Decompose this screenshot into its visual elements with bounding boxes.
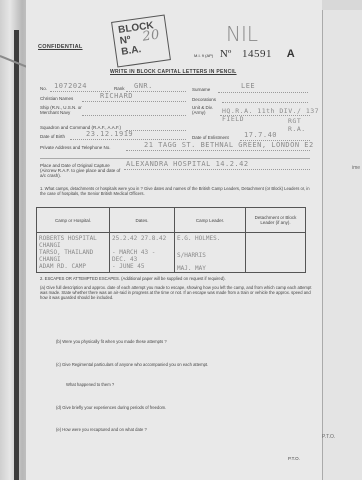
cell-dates: - JUNE 45 <box>110 263 175 273</box>
form-page: CONFIDENTIAL BLOCK Nº B.A. 20 NIL M.I. 9… <box>26 0 322 480</box>
cell-block <box>246 263 306 273</box>
section2-heading: 2. ESCAPES OR ATTEMPTED ESCAPES. (Additi… <box>40 276 312 281</box>
dob-line <box>70 139 186 140</box>
stamp-handwritten: 20 <box>142 29 161 42</box>
address-value: 21 TAGG ST. BETHNAL GREEN, LONDON E2 <box>144 141 314 149</box>
ship-label: Ship (R.N., U.S.N. or Merchant Navy <box>40 105 85 115</box>
form-ref: M.I. 9 (AP) <box>194 53 213 58</box>
dob-value: 23.12.1919 <box>86 130 133 138</box>
cell-leader: MAJ. MAY <box>175 263 246 273</box>
form-number: M.I. 9 (AP) Nº 14591 A <box>194 48 295 60</box>
header-camp: Camp or Hospital. <box>37 208 110 233</box>
address-line <box>126 150 310 151</box>
cell-dates: 25.2.42 27.8.42 <box>110 233 175 250</box>
no-label: No. <box>40 86 47 91</box>
divider <box>40 158 310 159</box>
question-2c: (c) Give Regimental particulars of anyon… <box>56 362 208 367</box>
nil-annotation: NIL <box>226 22 258 46</box>
decorations-label: Decorations <box>192 97 216 102</box>
question-2c-followup: What happened to them ? <box>66 382 114 387</box>
question-2d: (d) Give briefly your experiences during… <box>56 405 166 410</box>
table-row: ADAM RD. CAMP - JUNE 45 MAJ. MAY <box>37 263 306 273</box>
header-block-leader: Detachment or Block Leader (if any). <box>246 208 306 233</box>
pto-label: P.T.O. <box>288 456 300 461</box>
back-pto: P.T.O. <box>322 434 335 440</box>
unit-value-2: RGT R.A. <box>288 117 322 133</box>
form-number-prefix: Nº <box>220 48 231 60</box>
squadron-line <box>126 130 186 131</box>
decorations-line <box>222 102 308 103</box>
unit-label: Unit & Div. (Army) <box>192 105 222 115</box>
capture-label: Place and Date of Original Capture (Airc… <box>40 163 125 178</box>
section1-question: 1. What camps, detachments or hospitals … <box>40 186 312 196</box>
cell-leader: S/HARRIS <box>175 249 246 263</box>
cell-camp: TARSO, THAILAND CHANGI <box>37 249 110 263</box>
camps-table: Camp or Hospital. Dates. Camp Leader. De… <box>36 207 306 273</box>
table-header-row: Camp or Hospital. Dates. Camp Leader. De… <box>37 208 306 233</box>
form-number-value: 14591 <box>242 48 272 60</box>
cell-camp: ADAM RD. CAMP <box>37 263 110 273</box>
header-dates: Dates. <box>110 208 175 233</box>
enlistment-value: 17.7.40 <box>244 131 277 139</box>
capture-line <box>124 169 310 170</box>
instruction-heading: WRITE IN BLOCK CAPITAL LETTERS IN PENCIL <box>110 69 237 75</box>
christian-names-line <box>82 101 186 102</box>
form-suffix: A <box>287 48 295 60</box>
address-label: Private Address and Telephone No. <box>40 145 110 150</box>
surname-value: LEE <box>241 82 255 90</box>
cell-dates: - MARCH 43 - DEC. 43 <box>110 249 175 263</box>
rank-value: GNR. <box>134 82 153 90</box>
ship-line <box>82 115 186 116</box>
table-row: TARSO, THAILAND CHANGI - MARCH 43 - DEC.… <box>37 249 306 263</box>
cell-leader: E.G. HOLMES. <box>175 233 246 250</box>
christian-names-label: Christian Names <box>40 96 73 101</box>
block-stamp: BLOCK Nº B.A. 20 <box>111 14 171 67</box>
rank-line <box>126 91 186 92</box>
binder-rod <box>14 30 19 480</box>
classification-label: CONFIDENTIAL <box>38 44 83 50</box>
rank-label: Rank <box>114 86 125 91</box>
cell-block <box>246 233 306 250</box>
dob-label: Date of Birth <box>40 134 65 139</box>
capture-value: ALEXANDRA HOSPITAL 14.2.42 <box>126 160 249 168</box>
table-row: ROBERTS HOSPITAL CHANGI 25.2.42 27.8.42 … <box>37 233 306 250</box>
surname-line <box>218 92 308 93</box>
enlistment-label: Date of Enlistment <box>192 135 229 140</box>
no-value: 1072024 <box>54 82 87 90</box>
cell-block <box>246 249 306 263</box>
unit-line <box>220 115 310 116</box>
back-sheet-text: ime <box>352 165 360 171</box>
christian-names-value: RICHARD <box>100 92 133 100</box>
header-camp-leader: Camp Leader. <box>175 208 246 233</box>
surname-label: Surname <box>192 87 210 92</box>
back-sheet-edge <box>322 10 362 480</box>
question-2e: (e) How were you recaptured and on what … <box>56 427 147 432</box>
cell-camp: ROBERTS HOSPITAL CHANGI <box>37 233 110 250</box>
question-2b: (b) Were you physically fit when you mad… <box>56 339 167 344</box>
question-2a: (a) Give full description and approx. da… <box>40 285 312 300</box>
